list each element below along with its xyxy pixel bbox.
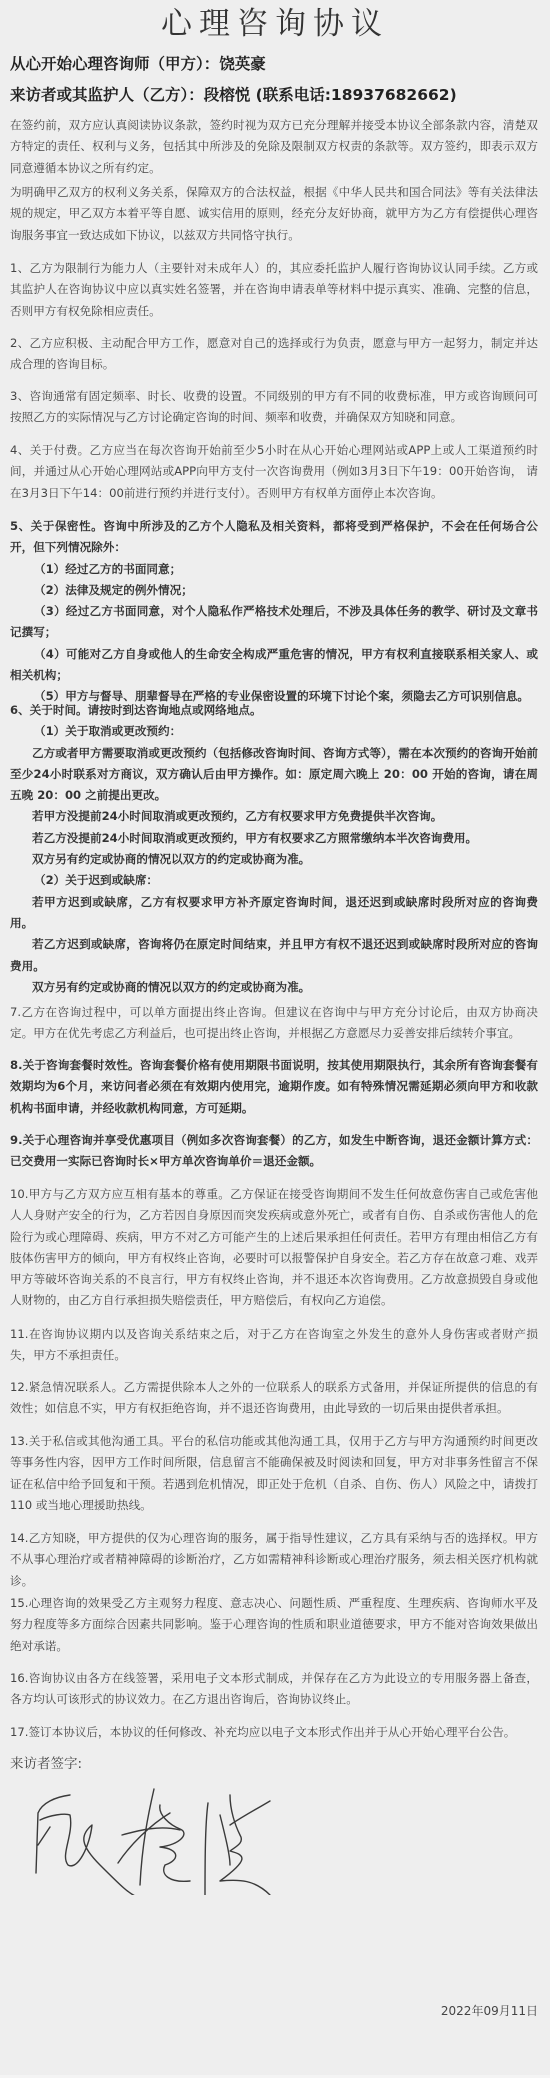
clause-10: 10.甲方与乙方双方应互相有基本的尊重。乙方保证在接受咨询期间不发生任何故意伤害…	[10, 1184, 538, 1312]
clause-17: 17.签订本协议后，本协议的任何修改、补充均应以电子文本形式作出并于从心开始心理…	[10, 1722, 538, 1743]
clause-16: 16.咨询协议由各方在线签署，采用电子文本形式制成，并保存在乙方为此设立的专用服…	[10, 1668, 538, 1711]
signature-label: 来访者签字:	[10, 1752, 82, 1772]
party-a-line: 从心开始心理咨询师（甲方）：饶英豪	[10, 53, 266, 75]
clause-6-sub2-title: （2）关于迟到或缺席：	[10, 870, 538, 891]
intro-paragraph-2: 为明确甲乙双方的权利义务关系，保障双方的合法权益，根据《中华人民共和国合同法》等…	[10, 182, 538, 246]
signing-date: 2022年09月11日	[441, 2002, 538, 2019]
clause-6-sub1-line-3: 双方另有约定或协商的情况以双方的约定或协商为准。	[10, 849, 538, 870]
clause-6-sub1-title: （1）关于取消或更改预约：	[10, 721, 538, 742]
clause-6-sub2-line-1: 若甲方迟到或缺席，乙方有权要求甲方补齐原定咨询时间，退还迟到或缺席时段所对应的咨…	[10, 892, 538, 935]
clause-8: 8.关于咨询套餐时效性。咨询套餐价格有使用期限书面说明，按其使用期限执行，其余所…	[10, 1055, 538, 1119]
page-title: 心理咨询协议	[0, 4, 550, 44]
clause-6: 6、关于时间。请按时到达咨询地点或网络地点。 （1）关于取消或更改预约： 乙方或…	[10, 700, 538, 998]
clause-14: 14.乙方知晓，甲方提供的仅为心理咨询的服务，属于指导性建议，乙方具有采纳与否的…	[10, 1528, 538, 1592]
clause-4: 4、关于付费。乙方应当在每次咨询开始前至少5小时在从心开始心理网站或APP上或人…	[10, 440, 538, 504]
clause-6-sub1-line-2: 若乙方没提前24小时间取消或更改预约，甲方有权要求乙方照常缴纳本半次咨询费用。	[10, 828, 538, 849]
clause-6-sub2-line-3: 双方另有约定或协商的情况以双方的约定或协商为准。	[10, 977, 538, 998]
clause-5-lead: 5、关于保密性。咨询中所涉及的乙方个人隐私及相关资料，都将受到严格保护，不会在任…	[10, 516, 538, 559]
clause-7: 7.乙方在咨询过程中，可以单方面提出终止咨询。但建议在咨询中与甲方充分讨论后，由…	[10, 1002, 538, 1045]
clause-11: 11.在咨询协议期内以及咨询关系结束之后，对于乙方在咨询室之外发生的意外人身伤害…	[10, 1324, 538, 1367]
clause-3: 3、咨询通常有固定频率、时长、收费的设置。不同级别的甲方有不同的收费标准，甲方或…	[10, 386, 538, 429]
clause-9: 9.关于心理咨询并享受优惠项目（例如多次咨询套餐）的乙方，如发生中断咨询，退还金…	[10, 1130, 538, 1173]
signature-icon	[30, 1785, 290, 1895]
clause-12: 12.紧急情况联系人。乙方需提供除本人之外的一位联系人的联系方式备用，并保证所提…	[10, 1377, 538, 1420]
intro-paragraph-1: 在签约前，双方应认真阅读协议条款，签约时视为双方已充分理解并接受本协议全部条款内…	[10, 115, 538, 179]
agreement-document: 心理咨询协议 从心开始心理咨询师（甲方）：饶英豪 来访者或其监护人（乙方）：段榕…	[0, 0, 550, 2078]
clause-5-item-4: （4）可能对乙方自身或他人的生命安全构成严重危害的情况，甲方有权利直接联系相关家…	[10, 644, 538, 687]
clause-6-sub1-line-1: 若甲方没提前24小时间取消或更改预约，乙方有权要求甲方免费提供半次咨询。	[10, 806, 538, 827]
clause-5-item-2: （2）法律及规定的例外情况；	[10, 580, 538, 601]
clause-15: 15.心理咨询的效果受乙方主观努力程度、意志决心、问题性质、严重程度、生理疾病、…	[10, 1593, 538, 1657]
clause-2: 2、乙方应积极、主动配合甲方工作，愿意对自己的选择或行为负责，愿意与甲方一起努力…	[10, 333, 538, 376]
clause-13: 13.关于私信或其他沟通工具。平台的私信功能或其他沟通工具，仅用于乙方与甲方沟通…	[10, 1431, 538, 1516]
clause-5-item-1: （1）经过乙方的书面同意；	[10, 559, 538, 580]
clause-6-sub1-body: 乙方或者甲方需要取消或更改预约（包括修改咨询时间、咨询方式等），需在本次预约的咨…	[10, 743, 538, 807]
clause-6-sub2-line-2: 若乙方迟到或缺席，咨询将仍在原定时间结束，并且甲方有权不退还迟到或缺席时段所对应…	[10, 934, 538, 977]
clause-5: 5、关于保密性。咨询中所涉及的乙方个人隐私及相关资料，都将受到严格保护，不会在任…	[10, 516, 538, 708]
clause-5-item-3: （3）经过乙方书面同意，对个人隐私作严格技术处理后，不涉及具体任务的教学、研讨及…	[10, 601, 538, 644]
clause-6-lead: 6、关于时间。请按时到达咨询地点或网络地点。	[10, 700, 538, 721]
party-b-line: 来访者或其监护人（乙方）：段榕悦 (联系电话:18937682662)	[10, 84, 457, 106]
clause-1: 1、乙方为限制行为能力人（主要针对未成年人）的，其应委托监护人履行咨询协议认同手…	[10, 258, 538, 322]
